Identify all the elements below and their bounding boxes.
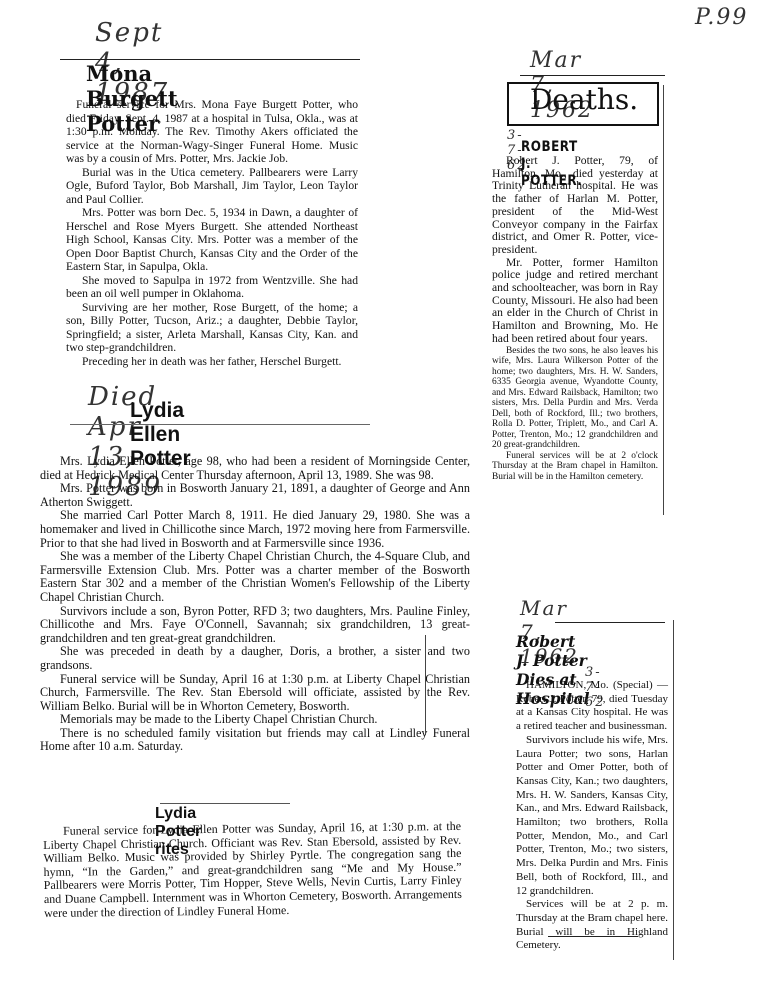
- clipping-edge: [663, 85, 664, 515]
- paragraph: Funeral services will be at 2 o'clock Th…: [492, 451, 658, 483]
- clipping-edge: [425, 635, 426, 735]
- paragraph: Memorials may be made to the Liberty Cha…: [40, 713, 470, 727]
- obituary-body: Funeral service for Mrs. Mona Faye Burge…: [66, 98, 358, 368]
- obituary-body: Funeral service for Lydia Ellen Potter w…: [43, 820, 462, 920]
- clipping-edge: [673, 620, 674, 960]
- paragraph: There is no scheduled family visitation …: [40, 727, 470, 754]
- paragraph: She married Carl Potter March 8, 1911. H…: [40, 509, 470, 550]
- paragraph: She moved to Sapulpa in 1972 from Wentzv…: [66, 274, 358, 301]
- page-number-annotation: P.99: [695, 5, 748, 30]
- paragraph: Besides the two sons, he also leaves his…: [492, 346, 658, 451]
- paragraph: Funeral service will be Sunday, April 16…: [40, 673, 470, 714]
- paragraph: She was preceded in death by a daugher, …: [40, 645, 470, 672]
- paragraph: Preceding her in death was her father, H…: [66, 355, 358, 369]
- paragraph: Survivors include a son, Byron Potter, R…: [40, 605, 470, 646]
- paragraph: HAMILTON, Mo. (Special) — Robert J. Pott…: [516, 679, 668, 734]
- paragraph: Funeral service for Lydia Ellen Potter w…: [43, 820, 462, 920]
- paragraph: Surviving are her mother, Rose Burgett, …: [66, 301, 358, 355]
- paragraph: Services will be at 2 p. m. Thursday at …: [516, 898, 668, 953]
- obituary-body: Robert J. Potter, 79, of Hamilton, Mo., …: [492, 155, 658, 482]
- obituary-body: Mrs. Lydia Ellen Potter, age 98, who had…: [40, 455, 470, 754]
- obituary-body: HAMILTON, Mo. (Special) — Robert J. Pott…: [516, 679, 668, 953]
- divider: [548, 936, 638, 937]
- paragraph: Robert J. Potter, 79, of Hamilton, Mo., …: [492, 155, 658, 257]
- paragraph: She was a member of the Liberty Chapel C…: [40, 550, 470, 604]
- paragraph: Mrs. Potter was born in Bosworth January…: [40, 482, 470, 509]
- divider: [520, 75, 665, 76]
- paragraph: Mrs. Lydia Ellen Potter, age 98, who had…: [40, 455, 470, 482]
- divider: [70, 424, 370, 425]
- paragraph: Burial was in the Utica cemetery. Pallbe…: [66, 166, 358, 207]
- divider: [160, 803, 290, 804]
- section-label: Deaths.: [510, 83, 658, 116]
- divider: [60, 59, 360, 60]
- divider: [555, 622, 665, 623]
- paragraph: Mrs. Potter was born Dec. 5, 1934 in Daw…: [66, 206, 358, 274]
- paragraph: Funeral service for Mrs. Mona Faye Burge…: [66, 98, 358, 166]
- paragraph: Survivors include his wife, Mrs. Laura P…: [516, 734, 668, 898]
- title-line: Robert J. Potter: [516, 632, 590, 670]
- paragraph: Mr. Potter, former Hamilton police judge…: [492, 257, 658, 346]
